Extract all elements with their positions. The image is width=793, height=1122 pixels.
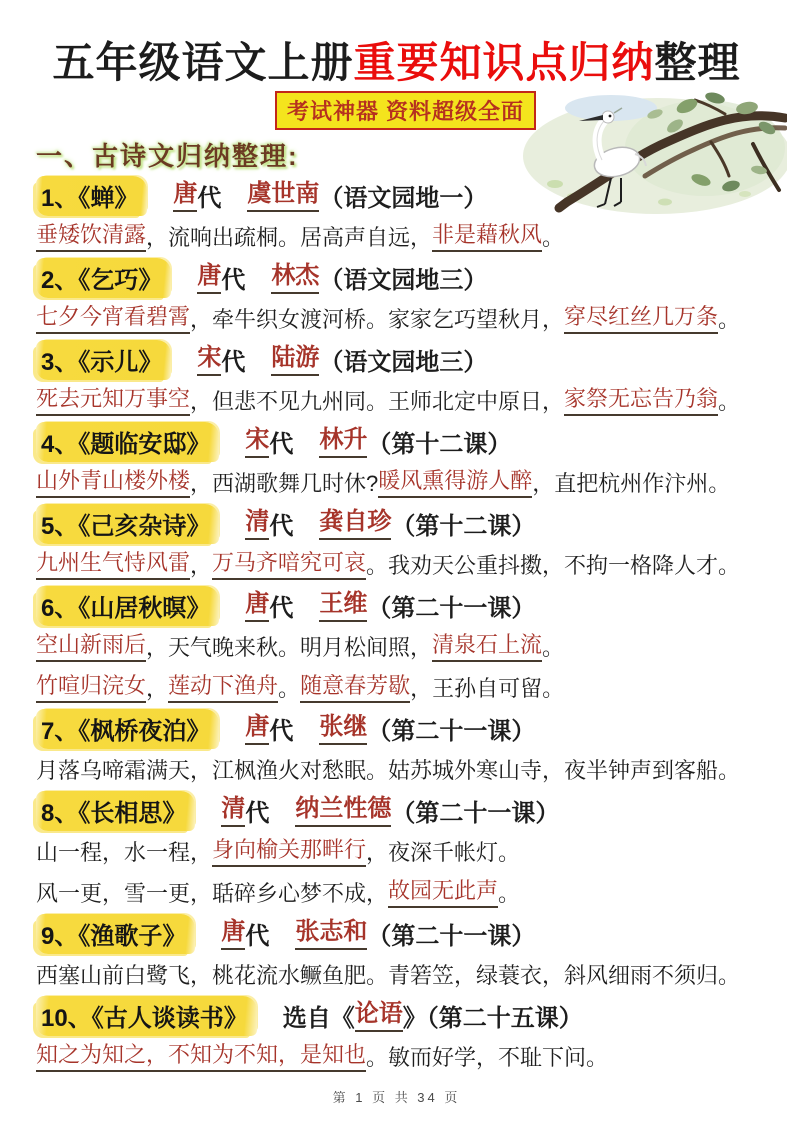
entry-header: 10、《古人谈读书》选自《论语》（第二十五课） (36, 995, 769, 1036)
text-segment: 。 (542, 631, 564, 662)
key-phrase-red: 王维 (319, 589, 367, 622)
entry-title-highlight: 10、《古人谈读书》 (36, 996, 257, 1036)
page-title: 五年级语文上册重要知识点归纳整理 (0, 30, 793, 90)
text-segment: 代 (269, 424, 293, 459)
key-phrase-red: 张志和 (295, 917, 367, 950)
page-footer: 第 1 页 共 34 页 (0, 1087, 793, 1106)
poem-line: 九州生气恃风雷，万马齐喑究可哀。我劝天公重抖擞，不拘一格降人才。 (36, 544, 769, 585)
text-segment: 风一更，雪一更，聒碎乡心梦不成， (36, 877, 388, 908)
page-title-black-2: 整理 (655, 39, 741, 86)
text-segment: 山一程，水一程， (36, 836, 212, 867)
text-segment: ， (190, 549, 212, 580)
entry-title-highlight: 3、《示儿》 (36, 340, 171, 380)
page-title-black-1: 五年级语文上册 (52, 39, 353, 86)
key-phrase-red: 山外青山楼外楼 (36, 467, 190, 498)
poem-line: 垂矮饮清露，流响出疏桐。居高声自远，非是藉秋风。 (36, 216, 769, 257)
key-phrase-red: 论语 (355, 999, 403, 1032)
key-phrase-red: 宋 (245, 425, 269, 458)
worksheet-page: 五年级语文上册重要知识点归纳整理 考试神器 资料超级全面 (0, 0, 793, 1122)
key-phrase-red: 暖风熏得游人醉 (378, 467, 532, 498)
text-segment: 代 (245, 793, 269, 828)
text-segment: ，牵牛织女渡河桥。家家乞巧望秋月， (190, 303, 564, 334)
key-phrase-red: 唐 (245, 589, 269, 622)
key-phrase-red: 空山新雨后 (36, 631, 146, 662)
poem-line: 空山新雨后，天气晚来秋。明月松间照，清泉石上流。 (36, 626, 769, 667)
text-segment: （语文园地三） (319, 260, 487, 295)
key-phrase-red: 身向榆关那畔行 (212, 836, 366, 867)
key-phrase-red: 穿尽红丝几万条 (564, 303, 718, 334)
key-phrase-red: 清泉石上流 (432, 631, 542, 662)
entry-title-highlight: 4、《题临安邸》 (36, 422, 219, 462)
entry-header: 9、《渔歌子》唐代张志和（第二十一课） (36, 913, 769, 954)
key-phrase-red: 九州生气恃风雷 (36, 549, 190, 580)
poem-line: 月落乌啼霜满天，江枫渔火对愁眠。姑苏城外寒山寺，夜半钟声到客船。 (36, 749, 769, 790)
poem-line: 山一程，水一程，身向榆关那畔行，夜深千帐灯。 (36, 831, 769, 872)
text-segment: （第二十一课） (367, 711, 535, 746)
entry-header: 4、《题临安邸》宋代林升（第十二课） (36, 421, 769, 462)
entry-title-highlight: 1、《蝉》 (36, 176, 147, 216)
text-segment: 。敏而好学，不耻下问。 (366, 1041, 608, 1072)
key-phrase-red: 林杰 (271, 261, 319, 294)
text-segment: （第二十一课） (367, 916, 535, 951)
text-segment: ，西湖歌舞几时休? (190, 467, 378, 498)
entry-header: 3、《示儿》宋代陆游（语文园地三） (36, 339, 769, 380)
key-phrase-red: 万马齐喑究可哀 (212, 549, 366, 580)
key-phrase-red: 七夕今宵看碧霄 (36, 303, 190, 334)
text-segment: 月落乌啼霜满天，江枫渔火对愁眠。姑苏城外寒山寺，夜半钟声到客船。 (36, 754, 740, 785)
text-segment: 。 (278, 672, 300, 703)
key-phrase-red: 龚自珍 (319, 507, 391, 540)
key-phrase-red: 非是藉秋风 (432, 221, 542, 252)
poem-line: 竹喧归浣女，莲动下渔舟。随意春芳歇，王孙自可留。 (36, 667, 769, 708)
poem-list: 一、古诗文归纳整理: 1、《蝉》唐代虞世南（语文园地一）垂矮饮清露，流响出疏桐。… (36, 134, 769, 1077)
text-segment: （第二十一课） (391, 793, 559, 828)
text-segment: ，直把杭州作汴州。 (532, 467, 730, 498)
entry-title-highlight: 9、《渔歌子》 (36, 914, 195, 954)
text-segment: （第二十一课） (367, 588, 535, 623)
key-phrase-red: 林升 (319, 425, 367, 458)
key-phrase-red: 唐 (221, 917, 245, 950)
entry-title-highlight: 5、《己亥杂诗》 (36, 504, 219, 544)
entry-header: 5、《己亥杂诗》清代龚自珍（第十二课） (36, 503, 769, 544)
poem-line: 山外青山楼外楼，西湖歌舞几时休?暖风熏得游人醉，直把杭州作汴州。 (36, 462, 769, 503)
text-segment: （第十二课） (367, 424, 511, 459)
text-segment: 代 (197, 178, 221, 213)
text-segment: 。我劝天公重抖擞，不拘一格降人才。 (366, 549, 740, 580)
text-segment: 代 (245, 916, 269, 951)
key-phrase-red: 虞世南 (247, 179, 319, 212)
key-phrase-red: 死去元知万事空 (36, 385, 190, 416)
entry-title-highlight: 7、《枫桥夜泊》 (36, 709, 219, 749)
section-heading: 一、古诗文归纳整理: (36, 134, 769, 175)
poem-line: 风一更，雪一更，聒碎乡心梦不成，故园无此声。 (36, 872, 769, 913)
key-phrase-red: 张继 (319, 712, 367, 745)
text-segment: ，但悲不见九州同。王师北定中原日， (190, 385, 564, 416)
entry-header: 1、《蝉》唐代虞世南（语文园地一） (36, 175, 769, 216)
text-segment: （第十二课） (391, 506, 535, 541)
text-segment: ， (146, 672, 168, 703)
entry-header: 2、《乞巧》唐代林杰（语文园地三） (36, 257, 769, 298)
exam-badge: 考试神器 资料超级全面 (275, 91, 536, 130)
entry-title-highlight: 2、《乞巧》 (36, 258, 171, 298)
key-phrase-red: 宋 (197, 343, 221, 376)
key-phrase-red: 知之为知之，不知为不知，是知也 (36, 1041, 366, 1072)
key-phrase-red: 清 (221, 794, 245, 827)
text-segment: 。 (718, 303, 740, 334)
entry-title-highlight: 6、《山居秋暝》 (36, 586, 219, 626)
text-segment: （语文园地三） (319, 342, 487, 377)
text-segment: ，天气晚来秋。明月松间照， (146, 631, 432, 662)
key-phrase-red: 家祭无忘告乃翁 (564, 385, 718, 416)
entry-header: 8、《长相思》清代纳兰性德（第二十一课） (36, 790, 769, 831)
text-segment: ，流响出疏桐。居高声自远， (146, 221, 432, 252)
key-phrase-red: 唐 (173, 179, 197, 212)
key-phrase-red: 陆游 (271, 343, 319, 376)
text-segment: 选自《 (283, 998, 355, 1033)
text-segment: 》（第二十五课） (403, 998, 583, 1033)
key-phrase-red: 故园无此声 (388, 877, 498, 908)
poem-line: 知之为知之，不知为不知，是知也。敏而好学，不耻下问。 (36, 1036, 769, 1077)
entry-title-highlight: 8、《长相思》 (36, 791, 195, 831)
text-segment: 代 (269, 506, 293, 541)
text-segment: （语文园地一） (319, 178, 487, 213)
text-segment: 代 (221, 342, 245, 377)
key-phrase-red: 随意春芳歇 (300, 672, 410, 703)
text-segment: ，王孙自可留。 (410, 672, 564, 703)
text-segment: 代 (221, 260, 245, 295)
key-phrase-red: 唐 (245, 712, 269, 745)
text-segment: 代 (269, 711, 293, 746)
entry-header: 6、《山居秋暝》唐代王维（第二十一课） (36, 585, 769, 626)
text-segment: ，夜深千帐灯。 (366, 836, 520, 867)
entry-header: 7、《枫桥夜泊》唐代张继（第二十一课） (36, 708, 769, 749)
key-phrase-red: 清 (245, 507, 269, 540)
text-segment: 西塞山前白鹭飞，桃花流水鳜鱼肥。青箬笠，绿蓑衣，斜风细雨不须归。 (36, 959, 740, 990)
key-phrase-red: 纳兰性德 (295, 794, 391, 827)
text-segment: 。 (718, 385, 740, 416)
poem-line: 死去元知万事空，但悲不见九州同。王师北定中原日，家祭无忘告乃翁。 (36, 380, 769, 421)
key-phrase-red: 竹喧归浣女 (36, 672, 146, 703)
text-segment: 。 (498, 877, 520, 908)
page-title-red: 重要知识点归纳 (353, 39, 654, 86)
poem-line: 西塞山前白鹭飞，桃花流水鳜鱼肥。青箬笠，绿蓑衣，斜风细雨不须归。 (36, 954, 769, 995)
text-segment: 代 (269, 588, 293, 623)
key-phrase-red: 唐 (197, 261, 221, 294)
key-phrase-red: 莲动下渔舟 (168, 672, 278, 703)
text-segment: 。 (542, 221, 564, 252)
poem-line: 七夕今宵看碧霄，牵牛织女渡河桥。家家乞巧望秋月，穿尽红丝几万条。 (36, 298, 769, 339)
key-phrase-red: 垂矮饮清露 (36, 221, 146, 252)
